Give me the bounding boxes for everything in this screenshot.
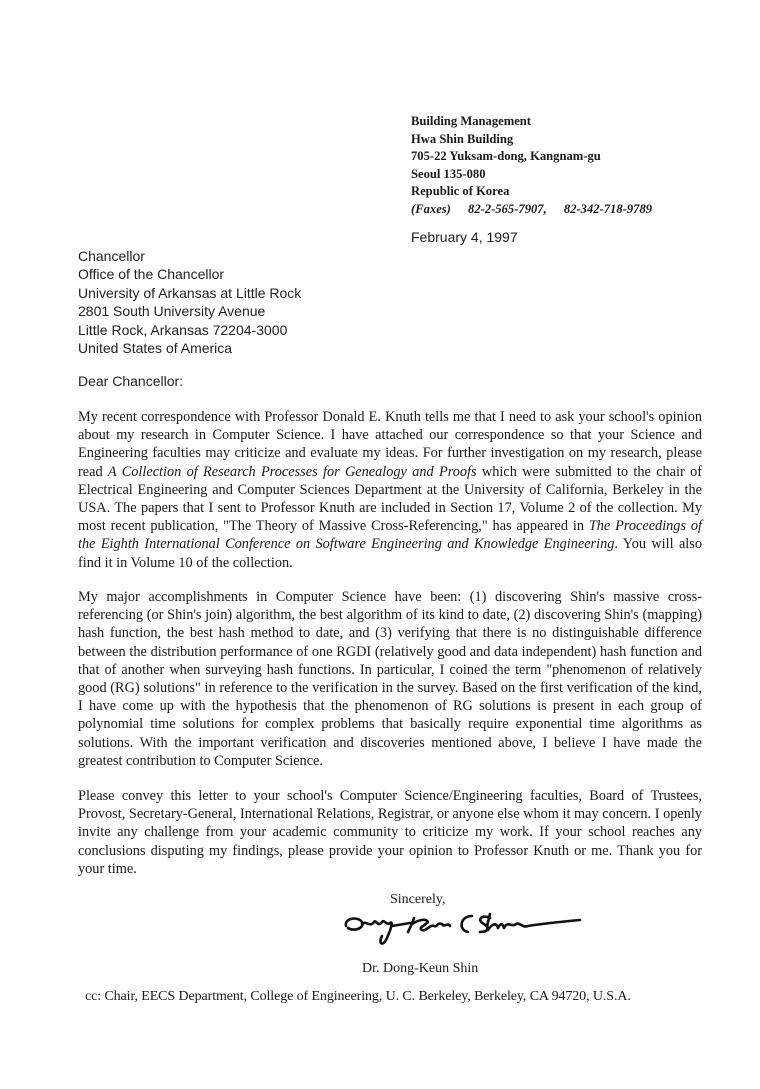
letter-date: February 4, 1997 <box>411 229 518 245</box>
salutation: Dear Chancellor: <box>78 373 183 389</box>
sender-line: 705-22 Yuksam-dong, Kangnam-gu <box>411 148 666 166</box>
fax-line: (Faxes) 82-2-565-7907, 82-342-718-9789 <box>411 201 666 219</box>
fax-number: 82-2-565-7907, <box>468 202 547 216</box>
sender-line: Hwa Shin Building <box>411 131 666 149</box>
recipient-line: Office of the Chancellor <box>78 265 301 283</box>
body-paragraph-3: Please convey this letter to your school… <box>78 787 702 878</box>
recipient-address-block: Chancellor Office of the Chancellor Univ… <box>78 247 301 357</box>
sender-line: Building Management <box>411 113 666 131</box>
body-paragraph-1: My recent correspondence with Professor … <box>78 408 702 572</box>
sender-address-block: Building Management Hwa Shin Building 70… <box>411 113 666 219</box>
signature-icon <box>340 906 600 950</box>
signer-name: Dr. Dong-Keun Shin <box>362 961 478 977</box>
body-paragraph-2: My major accomplishments in Computer Sci… <box>78 588 702 770</box>
fax-number: 82-342-718-9789 <box>564 202 652 216</box>
recipient-line: United States of America <box>78 339 301 357</box>
sender-line: Republic of Korea <box>411 183 666 201</box>
recipient-line: Chancellor <box>78 247 301 265</box>
recipient-line: Little Rock, Arkansas 72204-3000 <box>78 321 301 339</box>
sender-line: Seoul 135-080 <box>411 166 666 184</box>
fax-label: (Faxes) <box>411 202 451 216</box>
book-title: A Collection of Research Processes for G… <box>108 464 477 480</box>
cc-line: cc: Chair, EECS Department, College of E… <box>85 989 631 1005</box>
recipient-line: 2801 South University Avenue <box>78 302 301 320</box>
recipient-line: University of Arkansas at Little Rock <box>78 284 301 302</box>
